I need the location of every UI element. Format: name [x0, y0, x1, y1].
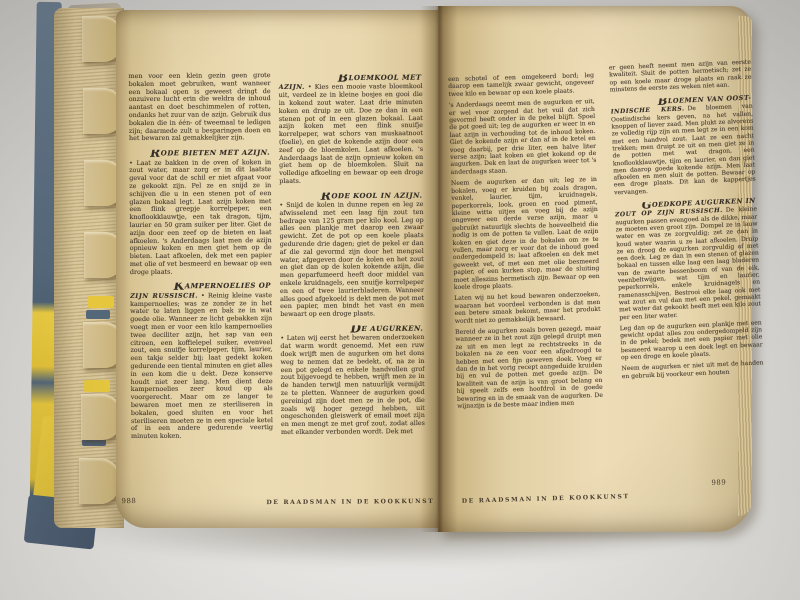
- paragraph: Bereid de augurken zoals boven gezegd, m…: [455, 325, 603, 411]
- index-tab-yellow: [88, 296, 114, 308]
- paragraph: ZOUT OP ZIJN RUSSISCH.De kleine augurken…: [615, 206, 761, 321]
- running-footer-right: DE RAADSMAN IN DE KOOKKUNST: [462, 493, 622, 504]
- book-photo: men voor een klein gezin geen grote boka…: [0, 0, 800, 600]
- right-page: een schotel of een omgekeerd bord; leg d…: [438, 6, 752, 532]
- paragraph: een schotel of een omgekeerd bord; leg d…: [448, 72, 595, 98]
- recipe-heading-text: LOEMKOOL MET: [349, 74, 422, 82]
- paragraph: Neem de augurken er dan uit; leg ze in b…: [451, 176, 600, 291]
- paragraph: Leg dan op de augurken een plankje met e…: [620, 319, 763, 361]
- paragraph: er geen heeft neemt men azijn van eerste…: [609, 59, 752, 94]
- paragraph-text: De kleine augurken passen evengoed als d…: [615, 206, 761, 321]
- recipe-heading-text: AMPERNOELIES OP: [185, 283, 271, 291]
- recipe-heading-text: ODE KOOL IN AZIJN.: [331, 192, 422, 200]
- book-gutter-shadow: [420, 6, 458, 532]
- paragraph: 's Anderdaags neemt men de augurken er u…: [449, 98, 597, 176]
- left-page: men voor een klein gezin geen grote boka…: [116, 10, 438, 528]
- drop-cap: R: [150, 149, 161, 158]
- paragraph: • Laat ze bakken in de oven of koken in …: [129, 159, 272, 277]
- paragraph: ZIJN RUSSISCH.• Reinig kleine vaste kamp…: [130, 292, 273, 441]
- paragraph: Laten wij nu het koud bewaren onderzoeke…: [454, 291, 601, 325]
- paragraph: AZIJN.• Kies een mooie vaste bloemkool u…: [279, 83, 424, 185]
- paragraph-text: • Kies een mooie vaste bloemkool uit, ve…: [279, 82, 424, 185]
- page-number-left: 988: [121, 497, 136, 505]
- left-page-column-2: BLOEMKOOL MET AZIJN.• Kies een mooie vas…: [278, 67, 425, 500]
- right-page-column-2: er geen heeft neemt men azijn van eerste…: [609, 59, 768, 481]
- paragraph: men voor een klein gezin geen grote boka…: [128, 72, 270, 143]
- right-page-text: een schotel of een omgekeerd bord; leg d…: [446, 60, 754, 518]
- index-tab-yellow: [84, 380, 110, 392]
- paragraph-text: De bloemen van Oostindische kers geven, …: [611, 103, 756, 196]
- thumb-index-tab: [79, 458, 121, 504]
- right-page-column-1: een schotel of een omgekeerd bord; leg d…: [448, 72, 605, 474]
- index-tab-blue: [86, 310, 110, 319]
- paragraph: INDISCHE KERS.De bloemen van Oostindisch…: [611, 103, 757, 196]
- running-footer-left: DE RAADSMAN IN DE KOOKKUNST: [266, 498, 431, 506]
- recipe-heading-text: E AUGURKEN.: [361, 325, 423, 333]
- paragraph: Neem de augurken er niet uit met de hand…: [621, 360, 763, 381]
- drop-cap: K: [174, 283, 185, 292]
- paragraph: • Laten wij eerst het bewaren onderzoeke…: [280, 334, 425, 436]
- paragraph-text: • Reinig kleine vaste kampernoelies; was…: [130, 291, 273, 440]
- recipe-heading-text: ODE BIETEN MET AZIJN.: [161, 149, 270, 157]
- paragraph: • Snijd de kolen in dunne repen en leg z…: [279, 201, 424, 319]
- left-page-column-1: men voor een klein gezin geen grote boka…: [128, 72, 273, 497]
- recipe-heading: RODE BIETEN MET AZIJN.: [129, 149, 270, 158]
- left-page-text: men voor een klein gezin geen grote boka…: [128, 67, 431, 509]
- page-number-right: 989: [711, 478, 726, 486]
